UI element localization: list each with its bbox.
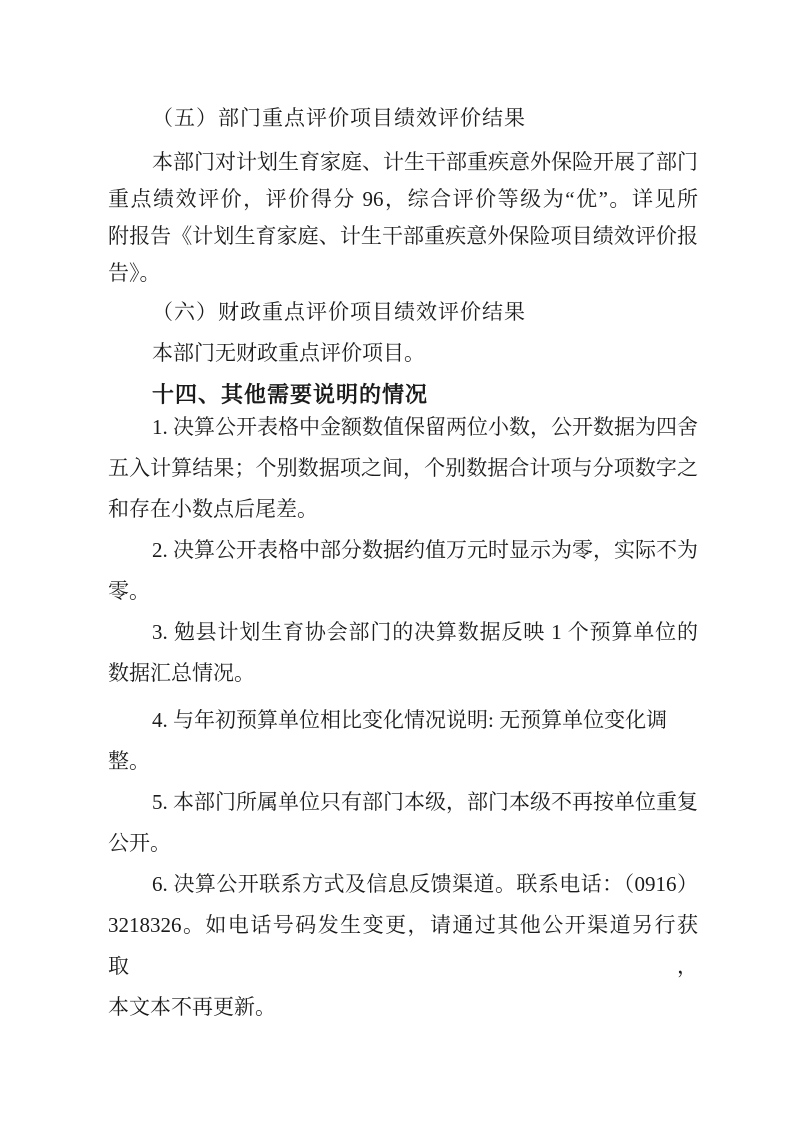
text-line: 附报告《计划生育家庭、计生干部重疾意外保险项目绩效评价报 [108,218,698,255]
text-line: 重点绩效评价，评价得分 96，综合评价等级为“优”。详见所 [108,181,698,218]
text-line: 数据汇总情况。 [108,653,698,694]
text-line: 五入计算结果；个别数据项之间，个别数据合计项与分项数字之 [108,448,698,489]
text-line: 本部门无财政重点评价项目。 [108,333,698,374]
text-line: 零。 [108,571,698,612]
paragraph: 本部门无财政重点评价项目。 [108,333,698,374]
section-subheading: （五）部门重点评价项目绩效评价结果 [108,100,698,137]
text-line: 公开。 [108,823,698,864]
text-line: （六）财政重点评价项目绩效评价结果 [108,292,698,333]
section-subheading: （六）财政重点评价项目绩效评价结果 [108,292,698,333]
text-line: 4. 与年初预算单位相比变化情况说明: 无预算单位变化调整。 [108,700,698,782]
paragraph: 4. 与年初预算单位相比变化情况说明: 无预算单位变化调整。 [108,700,698,782]
text-line: 3. 勉县计划生育协会部门的决算数据反映 1 个预算单位的 [108,612,698,653]
text-line: 2. 决算公开表格中部分数据约值万元时显示为零，实际不为 [108,530,698,571]
text-line: 1. 决算公开表格中金额数值保留两位小数，公开数据为四舍 [108,407,698,448]
text-line: 和存在小数点后尾差。 [108,489,698,530]
text-line: （五）部门重点评价项目绩效评价结果 [108,100,698,137]
paragraph: 3. 勉县计划生育协会部门的决算数据反映 1 个预算单位的数据汇总情况。 [108,612,698,694]
paragraph: 5. 本部门所属单位只有部门本级，部门本级不再按单位重复公开。 [108,782,698,864]
text-line: 3218326。如电话号码发生变更，请通过其他公开渠道另行获取， [108,905,698,987]
document-content: （五）部门重点评价项目绩效评价结果本部门对计划生育家庭、计生干部重疾意外保险开展… [108,0,698,1028]
text-line: 告》。 [108,255,698,292]
text-line: 6. 决算公开联系方式及信息反馈渠道。联系电话：（0916） [108,864,698,905]
text-line: 5. 本部门所属单位只有部门本级，部门本级不再按单位重复 [108,782,698,823]
paragraph: 本部门对计划生育家庭、计生干部重疾意外保险开展了部门重点绩效评价，评价得分 96… [108,144,698,292]
paragraph: 1. 决算公开表格中金额数值保留两位小数，公开数据为四舍五入计算结果；个别数据项… [108,407,698,530]
text-line: 本文本不再更新。 [108,987,698,1028]
paragraph: 6. 决算公开联系方式及信息反馈渠道。联系电话：（0916）3218326。如电… [108,864,698,1028]
paragraph: 2. 决算公开表格中部分数据约值万元时显示为零，实际不为零。 [108,530,698,612]
text-line: 本部门对计划生育家庭、计生干部重疾意外保险开展了部门 [108,144,698,181]
document-page: （五）部门重点评价项目绩效评价结果本部门对计划生育家庭、计生干部重疾意外保险开展… [0,0,793,1122]
